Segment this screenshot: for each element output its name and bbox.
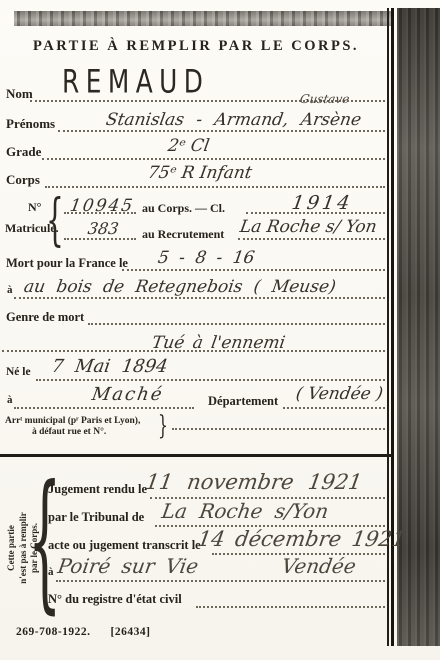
departement-label: Département: [208, 394, 278, 409]
jugement-lieu-handwritten: Poiré sur Vie: [56, 554, 200, 578]
genre-de-mort-label: Genre de mort: [6, 310, 84, 325]
au-corps-label: au Corps. — Cl.: [142, 201, 225, 216]
genre-de-mort-dotted-line-1: [88, 323, 385, 325]
mort-lieu-handwritten: au bois de Retegnebois ( Meuse): [22, 277, 337, 297]
recrutement-place-dotted-line: [238, 238, 385, 240]
registre-label: N° du registre d'état civil: [48, 592, 182, 607]
mort-lieu-dotted-line: [14, 297, 385, 299]
recrutement-number-handwritten: 383: [86, 219, 120, 238]
grade-dotted-line: [42, 158, 385, 160]
military-death-record-form: PARTIE À REMPLIR PAR LE CORPS. Nom REMAU…: [0, 0, 440, 660]
printer-imprint: 269-708-1922.[26434]: [16, 626, 150, 638]
au-recrutement-label: au Recrutement: [142, 227, 224, 242]
arrondissement-dotted-line: [172, 428, 385, 430]
jugement-label: Jugement rendu le: [48, 482, 147, 497]
transcrit-date-handwritten: 14 décembre 1921: [196, 527, 407, 551]
departement-handwritten: ( Vendée ): [294, 384, 384, 404]
ne-le-dotted-line: [36, 379, 385, 381]
corps-value-handwritten: 75ᵉ R Infant: [146, 163, 253, 183]
nom-value-handwritten: REMAUD: [62, 64, 209, 101]
numero-label: N°: [28, 200, 41, 215]
side-note-line1: Cette partie: [6, 484, 18, 612]
classe-handwritten: 1914: [290, 192, 354, 214]
genre-de-mort-handwritten: Tué à l'ennemi: [150, 333, 286, 353]
mort-date-dotted-line: [122, 269, 385, 271]
transcrit-label: acte ou jugement transcrit le: [48, 538, 201, 553]
recrutement-number-dotted-line: [64, 238, 136, 240]
form-title: PARTIE À REMPLIR PAR LE CORPS.: [0, 38, 392, 55]
jugement-lieu-dotted-line: [56, 580, 385, 582]
mort-date-handwritten: 5 - 8 - 16: [156, 248, 256, 268]
ne-a-lieu-handwritten: Maché: [90, 384, 165, 405]
tribunal-label: par le Tribunal de: [48, 510, 144, 525]
jugement-lieu-label: à: [48, 566, 54, 578]
arrondissement-brace: }: [158, 413, 168, 439]
mort-lieu-label: à: [7, 284, 13, 296]
arrondissement-label-line1: Arrᵗ municipal (pʳ Paris et Lyon),: [5, 416, 140, 426]
ne-le-label: Né le: [6, 366, 31, 378]
imprint-code: 269-708-1922.: [16, 626, 91, 638]
prenoms-value-handwritten: Stanislas - Armand, Arsène: [104, 110, 362, 130]
mort-label: Mort pour la France le: [6, 256, 128, 271]
prenoms-label: Prénoms: [6, 116, 55, 132]
prenoms-dotted-line: [58, 130, 385, 132]
registre-dotted-line: [196, 606, 385, 608]
matricule-brace: {: [46, 193, 64, 249]
nom-label: Nom: [6, 86, 33, 102]
imprint-reference: [26434]: [111, 626, 151, 638]
jugement-date-handwritten: 11 novembre 1921: [144, 470, 364, 494]
scan-top-edge-band: [14, 11, 392, 26]
ne-a-label: à: [7, 394, 13, 406]
grade-label: Grade: [6, 144, 41, 160]
corps-dotted-line: [45, 186, 385, 188]
grade-value-handwritten: 2ᵉ Cl: [166, 136, 210, 156]
departement-dotted-line: [283, 407, 385, 409]
jugement-departement-handwritten: Vendée: [280, 554, 358, 578]
recrutement-place-handwritten: La Roche s/ Yon: [238, 217, 378, 237]
prenoms-annotation-handwritten: Gustave: [299, 92, 351, 106]
tribunal-handwritten: La Roche s/Yon: [160, 499, 330, 523]
ne-a-dotted-line: [14, 407, 194, 409]
arrondissement-label-line2: à défaut rue et N°.: [32, 427, 106, 437]
corps-label: Corps: [6, 172, 40, 188]
corps-number-handwritten: 10945: [68, 196, 135, 216]
ne-le-date-handwritten: 7 Mai 1894: [50, 356, 169, 377]
